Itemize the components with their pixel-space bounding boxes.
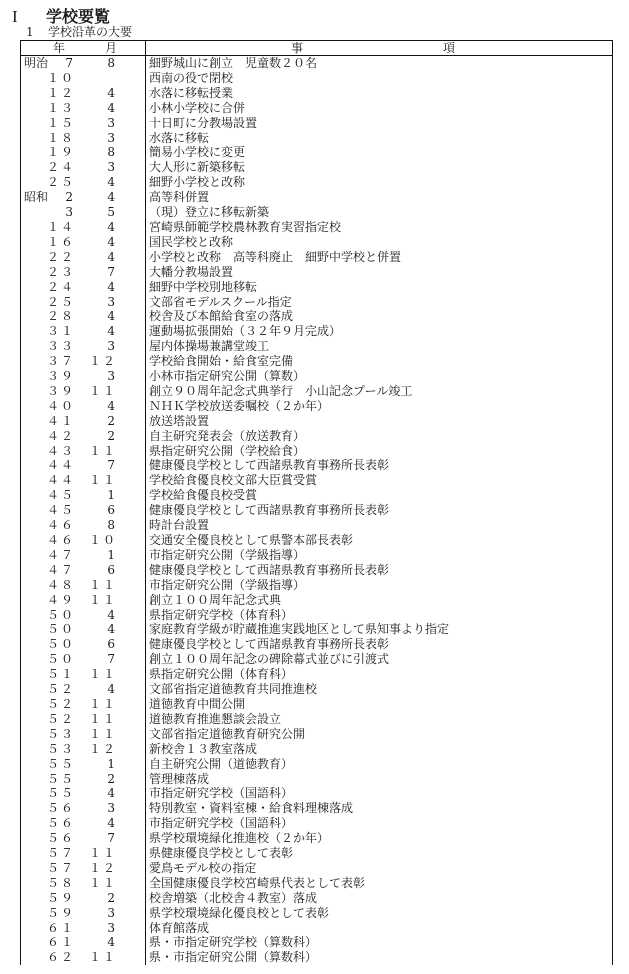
event-cell: 自主研究発表会（放送教育） <box>146 429 613 444</box>
month: 6 <box>107 637 117 652</box>
table-row: ４５6健康優良学校として西諸県教育事務所長表彰 <box>21 503 613 518</box>
table-row: ５２１１道徳教育中間公開 <box>21 697 613 712</box>
month: 6 <box>107 563 117 578</box>
year: ６１ <box>47 921 75 936</box>
event-cell: 宮崎県師範学校農林教育実習指定校 <box>146 220 613 235</box>
table-row: ４９１１創立１００周年記念式典 <box>21 593 613 608</box>
event-cell: 小学校と改称 高等科廃止 細野中学校と併置 <box>146 250 613 265</box>
month: 4 <box>107 935 117 950</box>
year: ５５ <box>47 786 75 801</box>
date-cell: ３１4 <box>21 324 146 339</box>
month: 4 <box>107 250 117 265</box>
month: 2 <box>107 414 117 429</box>
year: ２８ <box>47 309 75 324</box>
month: 5 <box>107 205 117 220</box>
event-cell: 市指定研究公開（学級指導） <box>146 578 613 593</box>
table-row: ５９3県学校環境緑化優良校として表彰 <box>21 906 613 921</box>
table-row: ５２１１道徳教育推進懇談会設立 <box>21 712 613 727</box>
month: １２ <box>89 354 117 369</box>
date-cell: ４７1 <box>21 548 146 563</box>
header-event: 事項 <box>146 41 613 56</box>
date-cell: ５０4 <box>21 608 146 623</box>
date-cell: １９8 <box>21 145 146 160</box>
date-cell: ３９１１ <box>21 384 146 399</box>
year: ４６ <box>47 533 75 548</box>
event-cell: 交通安全優良校として県警本部長表彰 <box>146 533 613 548</box>
month: 8 <box>107 56 117 71</box>
event-cell: 体育館落成 <box>146 921 613 936</box>
month: 4 <box>107 682 117 697</box>
year: ５０ <box>47 637 75 652</box>
event-cell: 大人形に新築移転 <box>146 160 613 175</box>
date-cell: ５１１１ <box>21 667 146 682</box>
date-cell: ２８4 <box>21 309 146 324</box>
table-row: ５６4市指定研究学校（国語科） <box>21 816 613 831</box>
subsection-heading: 1学校沿革の大要 <box>26 25 132 39</box>
table-row: ５０4家庭教育学級が貯蔵推進実践地区として県知事より指定 <box>21 622 613 637</box>
table-row: ５７１１県健康優良学校として表彰 <box>21 846 613 861</box>
month: １１ <box>89 712 117 727</box>
year: ３９ <box>47 384 75 399</box>
date-cell: ５９3 <box>21 906 146 921</box>
month: 3 <box>107 295 117 310</box>
date-cell: ４１2 <box>21 414 146 429</box>
event-cell: 文部省指定道徳教育共同推進校 <box>146 682 613 697</box>
month: 1 <box>107 488 117 503</box>
year: ５７ <box>47 861 75 876</box>
date-cell: １４4 <box>21 220 146 235</box>
year: ５６ <box>47 801 75 816</box>
table-row: ２３7大幡分教場設置 <box>21 265 613 280</box>
era: 昭和 <box>24 190 48 205</box>
table-row: ５５4市指定研究学校（国語科） <box>21 786 613 801</box>
event-cell: ＮＨＫ学校放送委嘱校（２か年） <box>146 399 613 414</box>
month: 4 <box>107 220 117 235</box>
year: １９ <box>47 145 75 160</box>
month: 4 <box>107 399 117 414</box>
table-row: １４4宮崎県師範学校農林教育実習指定校 <box>21 220 613 235</box>
year: ５０ <box>47 608 75 623</box>
year: １５ <box>47 116 75 131</box>
date-cell: ５５1 <box>21 757 146 772</box>
table-row: ５７１２愛鳥モデル校の指定 <box>21 861 613 876</box>
event-cell: 道徳教育推進懇談会設立 <box>146 712 613 727</box>
month: 8 <box>107 518 117 533</box>
event-cell: 管理棟落成 <box>146 772 613 787</box>
month: 3 <box>107 801 117 816</box>
event-cell: 県学校環境緑化推進校（２か年） <box>146 831 613 846</box>
table-row: ３３3屋内体操場兼講堂竣工 <box>21 339 613 354</box>
table-row: ４６１０交通安全優良校として県警本部長表彰 <box>21 533 613 548</box>
month: 4 <box>107 324 117 339</box>
month: 3 <box>107 116 117 131</box>
table-row: ３９3小林市指定研究公開（算数） <box>21 369 613 384</box>
date-cell: １６4 <box>21 235 146 250</box>
event-cell: 学校給食優良校受賞 <box>146 488 613 503</box>
table-row: ４０4ＮＨＫ学校放送委嘱校（２か年） <box>21 399 613 414</box>
event-cell: 県・市指定研究公開（算数科） <box>146 950 613 965</box>
month: １１ <box>89 444 117 459</box>
table-row: ５１１１県指定研究公開（体育科） <box>21 667 613 682</box>
event-cell: 健康優良学校として西諸県教育事務所長表彰 <box>146 563 613 578</box>
table-row: ４５1学校給食優良校受賞 <box>21 488 613 503</box>
date-cell: ５９2 <box>21 891 146 906</box>
table-row: ６１3体育館落成 <box>21 921 613 936</box>
date-cell: ４６8 <box>21 518 146 533</box>
month: １１ <box>89 876 117 891</box>
date-cell: ４０4 <box>21 399 146 414</box>
date-cell: ４８１１ <box>21 578 146 593</box>
month: １１ <box>89 727 117 742</box>
month: 4 <box>107 86 117 101</box>
year: ５９ <box>47 906 75 921</box>
year: ２３ <box>47 265 75 280</box>
event-cell: 県指定研究公開（学校給食） <box>146 444 613 459</box>
event-cell: 自主研究公開（道徳教育） <box>146 757 613 772</box>
date-cell: ４４7 <box>21 458 146 473</box>
date-cell: ４６１０ <box>21 533 146 548</box>
table-row: ５３１１文部省指定道徳教育研究公開 <box>21 727 613 742</box>
table-row: ２５4細野小学校と改称 <box>21 175 613 190</box>
date-cell: ５２１１ <box>21 712 146 727</box>
table-row: ６２１１県・市指定研究公開（算数科） <box>21 950 613 965</box>
year: ６１ <box>47 935 75 950</box>
month: １１ <box>89 473 117 488</box>
header-event-kou: 項 <box>443 41 455 55</box>
date-cell: ６１4 <box>21 935 146 950</box>
month: 7 <box>107 652 117 667</box>
year: ６２ <box>47 950 75 965</box>
year: ２４ <box>47 280 75 295</box>
month: 4 <box>107 622 117 637</box>
table-row: ４２2自主研究発表会（放送教育） <box>21 429 613 444</box>
year: ４６ <box>47 518 75 533</box>
month: 6 <box>107 503 117 518</box>
date-cell: ２３7 <box>21 265 146 280</box>
table-row: ５８１１全国健康優良学校宮崎県代表として表彰 <box>21 876 613 891</box>
event-cell: 高等科併置 <box>146 190 613 205</box>
event-cell: 県学校環境緑化優良校として表彰 <box>146 906 613 921</box>
date-cell: ４５1 <box>21 488 146 503</box>
header-event-ji: 事 <box>291 41 303 55</box>
date-cell: ５２4 <box>21 682 146 697</box>
date-cell: １８3 <box>21 131 146 146</box>
year: ３９ <box>47 369 75 384</box>
header-month: 月 <box>105 41 117 55</box>
event-cell: 道徳教育中間公開 <box>146 697 613 712</box>
year: ５８ <box>47 876 75 891</box>
month: １２ <box>89 861 117 876</box>
event-cell: 創立１００周年記念の碑除幕式並びに引渡式 <box>146 652 613 667</box>
month: 4 <box>107 786 117 801</box>
month: 4 <box>107 235 117 250</box>
event-cell: 大幡分教場設置 <box>146 265 613 280</box>
year: ４５ <box>47 488 75 503</box>
subsection-title: 学校沿革の大要 <box>48 25 132 39</box>
month: 3 <box>107 921 117 936</box>
date-cell: 昭和24 <box>21 190 146 205</box>
table-row: １８3水落に移転 <box>21 131 613 146</box>
year: ５６ <box>47 816 75 831</box>
month: 4 <box>107 816 117 831</box>
date-cell: ５５2 <box>21 772 146 787</box>
date-cell: ５０6 <box>21 637 146 652</box>
date-cell: ４７6 <box>21 563 146 578</box>
event-cell: 健康優良学校として西諸県教育事務所長表彰 <box>146 503 613 518</box>
date-cell: ２４3 <box>21 160 146 175</box>
event-cell: 全国健康優良学校宮崎県代表として表彰 <box>146 876 613 891</box>
month: 2 <box>107 429 117 444</box>
month: 4 <box>107 608 117 623</box>
table-row: ５６7県学校環境緑化推進校（２か年） <box>21 831 613 846</box>
table-row: 明治78細野城山に創立 児童数２０名 <box>21 56 613 71</box>
event-cell: 創立９０周年記念式典挙行 小山記念プール竣工 <box>146 384 613 399</box>
month: 2 <box>107 891 117 906</box>
date-cell: ５５4 <box>21 786 146 801</box>
date-cell: ４５6 <box>21 503 146 518</box>
month: １１ <box>89 846 117 861</box>
date-cell: ３９3 <box>21 369 146 384</box>
event-cell: 文部省指定道徳教育研究公開 <box>146 727 613 742</box>
date-cell: １０ <box>21 71 146 86</box>
date-cell: ４３１１ <box>21 444 146 459</box>
date-cell: ５３１１ <box>21 727 146 742</box>
table-row: ３７１２学校給食開始・給食室完備 <box>21 354 613 369</box>
year: ２５ <box>47 295 75 310</box>
header-date: 年月 <box>21 41 146 56</box>
table-row: ５０4県指定研究学校（体育科） <box>21 608 613 623</box>
table-row: ２５3文部省モデルスクール指定 <box>21 295 613 310</box>
month: １０ <box>89 533 117 548</box>
year: ５２ <box>47 697 75 712</box>
year: １４ <box>47 220 75 235</box>
year: ５９ <box>47 891 75 906</box>
month: 3 <box>107 906 117 921</box>
year: ２４ <box>47 160 75 175</box>
date-cell: ６２１１ <box>21 950 146 965</box>
month: 8 <box>107 145 117 160</box>
month: 3 <box>107 131 117 146</box>
event-cell: 健康優良学校として西諸県教育事務所長表彰 <box>146 637 613 652</box>
event-cell: 市指定研究学校（国語科） <box>146 816 613 831</box>
month: 7 <box>107 265 117 280</box>
table-row: ５９2校舎増築（北校舎４教室）落成 <box>21 891 613 906</box>
date-cell: １５3 <box>21 116 146 131</box>
table-row: ５６3特別教室・資料室棟・給食料理棟落成 <box>21 801 613 816</box>
date-cell: １２4 <box>21 86 146 101</box>
date-cell: ５７１２ <box>21 861 146 876</box>
date-cell: ５８１１ <box>21 876 146 891</box>
year: ５０ <box>47 652 75 667</box>
table-row: ５０7創立１００周年記念の碑除幕式並びに引渡式 <box>21 652 613 667</box>
year: １３ <box>47 101 75 116</box>
event-cell: 運動場拡張開始（３２年９月完成） <box>146 324 613 339</box>
year: ５６ <box>47 831 75 846</box>
date-cell: ５２１１ <box>21 697 146 712</box>
event-cell: 小林小学校に合併 <box>146 101 613 116</box>
table-row: ５０6健康優良学校として西諸県教育事務所長表彰 <box>21 637 613 652</box>
year: ２５ <box>47 175 75 190</box>
year: ５７ <box>47 846 75 861</box>
month: 3 <box>107 339 117 354</box>
table-row: ２８4校舎及び本館給食室の落成 <box>21 309 613 324</box>
table-header-row: 年月 事項 <box>21 41 613 56</box>
date-cell: 35 <box>21 205 146 220</box>
table-row: 昭和24高等科併置 <box>21 190 613 205</box>
date-cell: ４９１１ <box>21 593 146 608</box>
event-cell: 愛鳥モデル校の指定 <box>146 861 613 876</box>
table-body: 明治78細野城山に創立 児童数２０名１０西南の役で閉校１２4水落に移転授業１３4… <box>21 56 613 966</box>
date-cell: ６１3 <box>21 921 146 936</box>
date-cell: ５６3 <box>21 801 146 816</box>
event-cell: 県指定研究学校（体育科） <box>146 608 613 623</box>
table-row: ４７1市指定研究公開（学級指導） <box>21 548 613 563</box>
table-row: ２４4細野中学校別地移転 <box>21 280 613 295</box>
month: １２ <box>89 742 117 757</box>
date-cell: ２５3 <box>21 295 146 310</box>
month: １１ <box>89 593 117 608</box>
date-cell: １３4 <box>21 101 146 116</box>
table-row: ２２4小学校と改称 高等科廃止 細野中学校と併置 <box>21 250 613 265</box>
date-cell: ５０7 <box>21 652 146 667</box>
month: １１ <box>89 384 117 399</box>
month: 4 <box>107 101 117 116</box>
year: ５２ <box>47 712 75 727</box>
year: ４２ <box>47 429 75 444</box>
date-cell: ２５4 <box>21 175 146 190</box>
year: ３３ <box>47 339 75 354</box>
event-cell: 校舎増築（北校舎４教室）落成 <box>146 891 613 906</box>
table-row: １６4国民学校と改称 <box>21 235 613 250</box>
table-row: ４６8時計台設置 <box>21 518 613 533</box>
event-cell: 放送塔設置 <box>146 414 613 429</box>
month: 7 <box>107 458 117 473</box>
year: ４９ <box>47 593 75 608</box>
table-row: ４３１１県指定研究公開（学校給食） <box>21 444 613 459</box>
year: ５１ <box>47 667 75 682</box>
event-cell: 特別教室・資料室棟・給食料理棟落成 <box>146 801 613 816</box>
year: ５３ <box>47 727 75 742</box>
table-row: １０西南の役で閉校 <box>21 71 613 86</box>
event-cell: 細野中学校別地移転 <box>146 280 613 295</box>
year: ５５ <box>47 772 75 787</box>
date-cell: ５７１１ <box>21 846 146 861</box>
year: ５３ <box>47 742 75 757</box>
month: 4 <box>107 175 117 190</box>
table-row: １５3十日町に分教場設置 <box>21 116 613 131</box>
year: ４４ <box>47 458 75 473</box>
table-row: ４４7健康優良学校として西諸県教育事務所長表彰 <box>21 458 613 473</box>
year: ４１ <box>47 414 75 429</box>
month: 4 <box>107 309 117 324</box>
year: １０ <box>47 71 75 86</box>
event-cell: 西南の役で閉校 <box>146 71 613 86</box>
table-row: ３９１１創立９０周年記念式典挙行 小山記念プール竣工 <box>21 384 613 399</box>
date-cell: ４２2 <box>21 429 146 444</box>
event-cell: 家庭教育学級が貯蔵推進実践地区として県知事より指定 <box>146 622 613 637</box>
event-cell: 新校舎１３教室落成 <box>146 742 613 757</box>
event-cell: 水落に移転 <box>146 131 613 146</box>
event-cell: 簡易小学校に変更 <box>146 145 613 160</box>
table-row: １２4水落に移転授業 <box>21 86 613 101</box>
year: １８ <box>47 131 75 146</box>
year: ４５ <box>47 503 75 518</box>
event-cell: 県健康優良学校として表彰 <box>146 846 613 861</box>
date-cell: ４４１１ <box>21 473 146 488</box>
event-cell: 創立１００周年記念式典 <box>146 593 613 608</box>
table-row: ２４3大人形に新築移転 <box>21 160 613 175</box>
year: ４０ <box>47 399 75 414</box>
event-cell: 市指定研究学校（国語科） <box>146 786 613 801</box>
event-cell: 水落に移転授業 <box>146 86 613 101</box>
table-row: ５５2管理棟落成 <box>21 772 613 787</box>
table-row: ４１2放送塔設置 <box>21 414 613 429</box>
date-cell: ５６4 <box>21 816 146 831</box>
month: 4 <box>107 190 117 205</box>
year: 2 <box>65 190 75 205</box>
date-cell: ２２4 <box>21 250 146 265</box>
table-row: ４７6健康優良学校として西諸県教育事務所長表彰 <box>21 563 613 578</box>
event-cell: 細野小学校と改称 <box>146 175 613 190</box>
event-cell: 時計台設置 <box>146 518 613 533</box>
month: 1 <box>107 757 117 772</box>
year: ３７ <box>47 354 75 369</box>
event-cell: 小林市指定研究公開（算数） <box>146 369 613 384</box>
year: 7 <box>65 56 75 71</box>
year: １２ <box>47 86 75 101</box>
year: ４７ <box>47 563 75 578</box>
table-row: ５５1自主研究公開（道徳教育） <box>21 757 613 772</box>
year: ４８ <box>47 578 75 593</box>
table-row: ５３１２新校舎１３教室落成 <box>21 742 613 757</box>
year: ５２ <box>47 682 75 697</box>
date-cell: ５０4 <box>21 622 146 637</box>
section-title: 学校要覧 <box>46 7 110 26</box>
event-cell: 学校給食開始・給食室完備 <box>146 354 613 369</box>
event-cell: 十日町に分教場設置 <box>146 116 613 131</box>
month: １１ <box>89 697 117 712</box>
date-cell: ３３3 <box>21 339 146 354</box>
event-cell: 県指定研究公開（体育科） <box>146 667 613 682</box>
event-cell: 校舎及び本館給食室の落成 <box>146 309 613 324</box>
event-cell: 細野城山に創立 児童数２０名 <box>146 56 613 71</box>
event-cell: 学校給食優良校文部大臣賞受賞 <box>146 473 613 488</box>
date-cell: ５３１２ <box>21 742 146 757</box>
table-row: ６１4県・市指定研究学校（算数科） <box>21 935 613 950</box>
era: 明治 <box>24 56 48 71</box>
year: ４３ <box>47 444 75 459</box>
month: 3 <box>107 369 117 384</box>
month: 3 <box>107 160 117 175</box>
table-row: １９8簡易小学校に変更 <box>21 145 613 160</box>
event-cell: （現）登立に移転新築 <box>146 205 613 220</box>
year: ２２ <box>47 250 75 265</box>
school-history-table: 年月 事項 明治78細野城山に創立 児童数２０名１０西南の役で閉校１２4水落に移… <box>20 40 613 965</box>
year: 3 <box>65 205 75 220</box>
event-cell: 健康優良学校として西諸県教育事務所長表彰 <box>146 458 613 473</box>
event-cell: 文部省モデルスクール指定 <box>146 295 613 310</box>
month: １１ <box>89 578 117 593</box>
table-row: ４４１１学校給食優良校文部大臣賞受賞 <box>21 473 613 488</box>
event-cell: 市指定研究公開（学級指導） <box>146 548 613 563</box>
event-cell: 国民学校と改称 <box>146 235 613 250</box>
table-row: ５２4文部省指定道徳教育共同推進校 <box>21 682 613 697</box>
event-cell: 屋内体操場兼講堂竣工 <box>146 339 613 354</box>
year: １６ <box>47 235 75 250</box>
table-row: ３１4運動場拡張開始（３２年９月完成） <box>21 324 613 339</box>
month: １１ <box>89 667 117 682</box>
date-cell: ５６7 <box>21 831 146 846</box>
